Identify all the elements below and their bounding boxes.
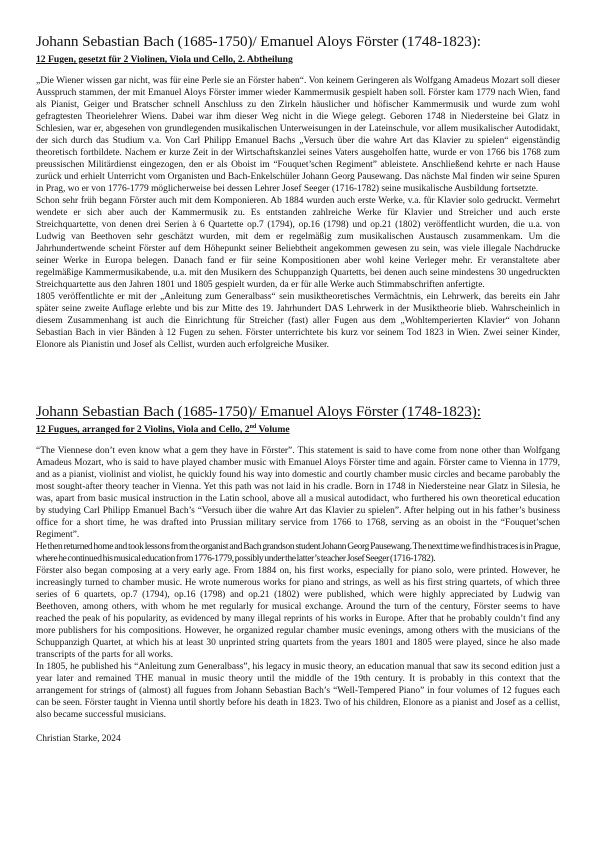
english-paragraph-4: In 1805, he published his “Anleitung zum… bbox=[36, 661, 560, 721]
english-paragraph-2: He then returned home and took lessons f… bbox=[36, 541, 560, 565]
english-body: “The Viennese don’t even know what a gem… bbox=[36, 445, 560, 721]
german-subtitle: 12 Fugen, gesetzt für 2 Violinen, Viola … bbox=[36, 53, 560, 66]
english-subtitle-end: Volume bbox=[256, 424, 289, 435]
english-paragraph-1: “The Viennese don’t even know what a gem… bbox=[36, 445, 560, 541]
german-paragraph-2: Schon sehr früh begann Förster auch mit … bbox=[36, 195, 560, 291]
german-paragraph-1: „Die Wiener wissen gar nicht, was für ei… bbox=[36, 75, 560, 195]
english-subtitle: 12 Fugues, arranged for 2 Violins, Viola… bbox=[36, 423, 560, 436]
author-signature: Christian Starke, 2024 bbox=[36, 733, 560, 745]
german-title: Johann Sebastian Bach (1685-1750)/ Emanu… bbox=[36, 33, 560, 51]
english-title: Johann Sebastian Bach (1685-1750)/ Emanu… bbox=[36, 403, 560, 421]
english-subtitle-main: 12 Fugues, arranged for 2 Violins, Viola… bbox=[36, 424, 250, 435]
german-body: „Die Wiener wissen gar nicht, was für ei… bbox=[36, 75, 560, 351]
german-paragraph-3: 1805 veröffentlichte er mit der „Anleitu… bbox=[36, 291, 560, 351]
english-paragraph-3: Förster also began composing at a very e… bbox=[36, 565, 560, 661]
german-section: Johann Sebastian Bach (1685-1750)/ Emanu… bbox=[36, 33, 560, 351]
english-section: Johann Sebastian Bach (1685-1750)/ Emanu… bbox=[36, 403, 560, 745]
